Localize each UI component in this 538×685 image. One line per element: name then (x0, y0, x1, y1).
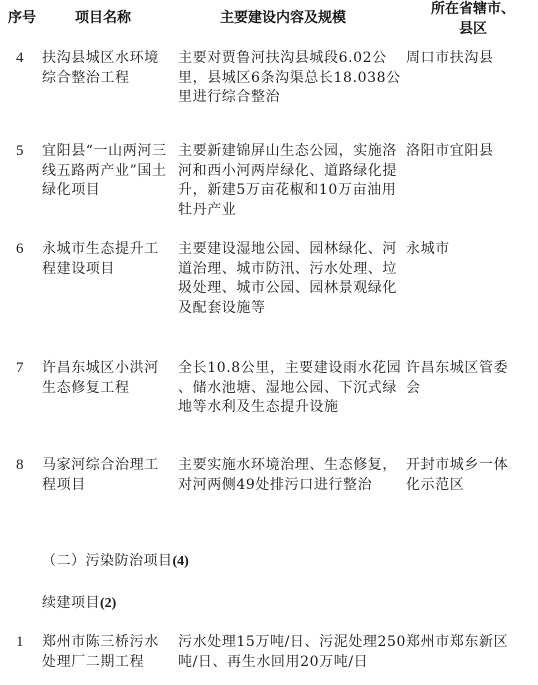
text-line: 及配套设施等 (178, 299, 397, 319)
text-line: 周口市扶沟县 (406, 49, 494, 69)
text-line: 圾处理、城市公园、园林景观绿化 (178, 279, 397, 299)
row-project-name: 宜阳县“一山两河三 线五路两产业”国土 绿化项目 (42, 142, 167, 201)
row-location: 开封市城乡一体 化示范区 (406, 456, 508, 495)
text-line: 主要实施水环境治理、生态修复， (178, 456, 397, 476)
text-line: 绿化项目 (42, 181, 167, 201)
row-location: 洛阳市宜阳县 (406, 142, 494, 162)
text-line: 生态修复工程 (42, 379, 159, 399)
text-line: 处理厂二期工程 (42, 653, 159, 673)
text-line: 化示范区 (406, 476, 508, 496)
row-index: 8 (16, 456, 24, 476)
row-location: 永城市 (406, 240, 450, 260)
row-project-name: 马家河综合治理工 程项目 (42, 456, 159, 495)
row-content: 主要对贾鲁河扶沟县城段6.02公 里，县城区6条沟渠总长18.038公 里进行综… (178, 49, 401, 108)
text-line: 主要对贾鲁河扶沟县城段6.02公 (178, 49, 401, 69)
header-content-scale: 主要建设内容及规模 (220, 8, 346, 28)
text-line: 程建设项目 (42, 260, 159, 280)
text-line: 程项目 (42, 476, 159, 496)
text-line: 扶沟县城区水环境 (42, 49, 159, 69)
text-line: 里进行综合整治 (178, 88, 401, 108)
text-line: 郑州市郑东新区 (406, 633, 508, 653)
row-content: 主要实施水环境治理、生态修复， 对河两侧49处排污口进行整治 (178, 456, 397, 495)
subsection-count: (2) (100, 596, 116, 611)
row-index: 1 (16, 633, 24, 653)
section-subheading: 续建项目(2) (42, 593, 116, 614)
text-line: 全长10.8公里，主要建设雨水花园 (178, 359, 401, 379)
text-line: 升，新建5万亩花椒和10万亩油用 (178, 181, 397, 201)
row-project-name: 扶沟县城区水环境 综合整治工程 (42, 49, 159, 88)
row-location: 周口市扶沟县 (406, 49, 494, 69)
text-line: 永城市 (406, 240, 450, 260)
section-count: (4) (173, 554, 189, 569)
row-content: 全长10.8公里，主要建设雨水花园 、储水池塘、湿地公园、下沉式绿 地等水利及生… (178, 359, 401, 418)
text-line: 综合整治工程 (42, 69, 159, 89)
text-line: 道治理、城市防汛、污水处理、垃 (178, 260, 397, 280)
row-project-name: 郑州市陈三桥污水 处理厂二期工程 (42, 633, 159, 672)
text-line: 对河两侧49处排污口进行整治 (178, 476, 397, 496)
text-line: 马家河综合治理工 (42, 456, 159, 476)
row-index: 5 (16, 142, 24, 162)
header-index: 序号 (8, 8, 36, 28)
text-line: 许昌东城区小洪河 (42, 359, 159, 379)
text-line: 里，县城区6条沟渠总长18.038公 (178, 69, 401, 89)
text-line: 主要新建锦屏山生态公园，实施洛 (178, 142, 397, 162)
row-index: 7 (16, 359, 24, 379)
text-line: 地等水利及生态提升设施 (178, 398, 401, 418)
text-line: 会 (406, 379, 508, 399)
text-line: 宜阳县“一山两河三 (42, 142, 167, 162)
header-location: 所在省辖市、 县区 (418, 0, 528, 39)
row-index: 4 (16, 49, 24, 69)
row-location: 许昌东城区管委 会 (406, 359, 508, 398)
row-location: 郑州市郑东新区 (406, 633, 508, 653)
text-line: 线五路两产业”国土 (42, 162, 167, 182)
text-line: 污水处理15万吨/日、污泥处理250 (178, 633, 406, 653)
row-content: 主要建设湿地公园、园林绿化、河 道治理、城市防汛、污水处理、垃 圾处理、城市公园… (178, 240, 397, 318)
text-line: 永城市生态提升工 (42, 240, 159, 260)
subsection-title: 续建项目 (42, 595, 100, 611)
row-project-name: 永城市生态提升工 程建设项目 (42, 240, 159, 279)
header-project-name: 项目名称 (75, 8, 131, 28)
row-content: 污水处理15万吨/日、污泥处理250 吨/日、再生水回用20万吨/日 (178, 633, 406, 672)
row-project-name: 许昌东城区小洪河 生态修复工程 (42, 359, 159, 398)
section-title: （二）污染防治项目 (42, 553, 173, 569)
text-line: 吨/日、再生水回用20万吨/日 (178, 653, 406, 673)
row-content: 主要新建锦屏山生态公园，实施洛 河和西小河两岸绿化、道路绿化提 升，新建5万亩花… (178, 142, 397, 220)
text-line: 主要建设湿地公园、园林绿化、河 (178, 240, 397, 260)
header-location-line1: 所在省辖市、 (418, 0, 528, 19)
text-line: 河和西小河两岸绿化、道路绿化提 (178, 162, 397, 182)
header-location-line2: 县区 (418, 19, 528, 39)
text-line: 洛阳市宜阳县 (406, 142, 494, 162)
text-line: 牡丹产业 (178, 201, 397, 221)
text-line: 许昌东城区管委 (406, 359, 508, 379)
text-line: 、储水池塘、湿地公园、下沉式绿 (178, 379, 401, 399)
section-heading: （二）污染防治项目(4) (42, 551, 189, 572)
text-line: 开封市城乡一体 (406, 456, 508, 476)
row-index: 6 (16, 240, 24, 260)
text-line: 郑州市陈三桥污水 (42, 633, 159, 653)
